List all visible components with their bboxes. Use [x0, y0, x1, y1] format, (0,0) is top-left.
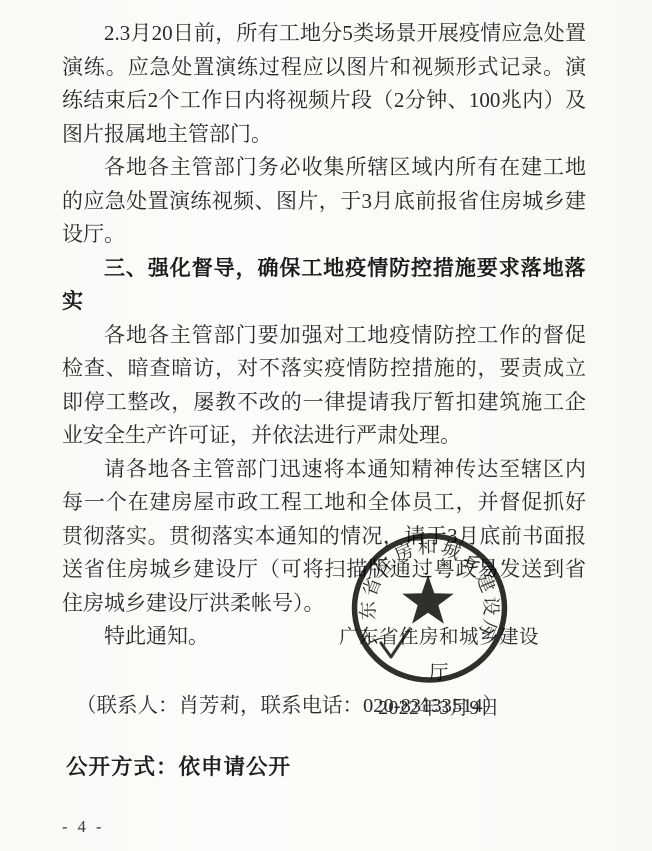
- body-paragraph: 各地各主管部门要加强对工地疫情防控工作的督促检查、暗查暗访，对不落实疫情防控措施…: [62, 319, 586, 453]
- scanned-document-page: 2.3月20日前，所有工地分5类场景开展疫情应急处置演练。应急处置演练过程应以图…: [0, 0, 652, 851]
- contact-line: （联系人：肖芳莉，联系电话：020-83133514）: [76, 688, 536, 718]
- star-icon: [402, 575, 453, 624]
- disclosure-line: 公开方式：依申请公开: [66, 750, 291, 781]
- page-number: - 4 -: [62, 817, 105, 837]
- body-paragraph: 各地各主管部门务必收集所辖区域内所有在建工地的应急处置演练视频、图片，于3月底前…: [62, 151, 586, 252]
- official-seal: 广东省住房和城乡建设厅: [348, 530, 514, 688]
- body-paragraph: 2.3月20日前，所有工地分5类场景开展疫情应急处置演练。应急处置演练过程应以图…: [62, 17, 586, 151]
- section-heading: 三、强化督导，确保工地疫情防控措施要求落地落实: [62, 252, 586, 319]
